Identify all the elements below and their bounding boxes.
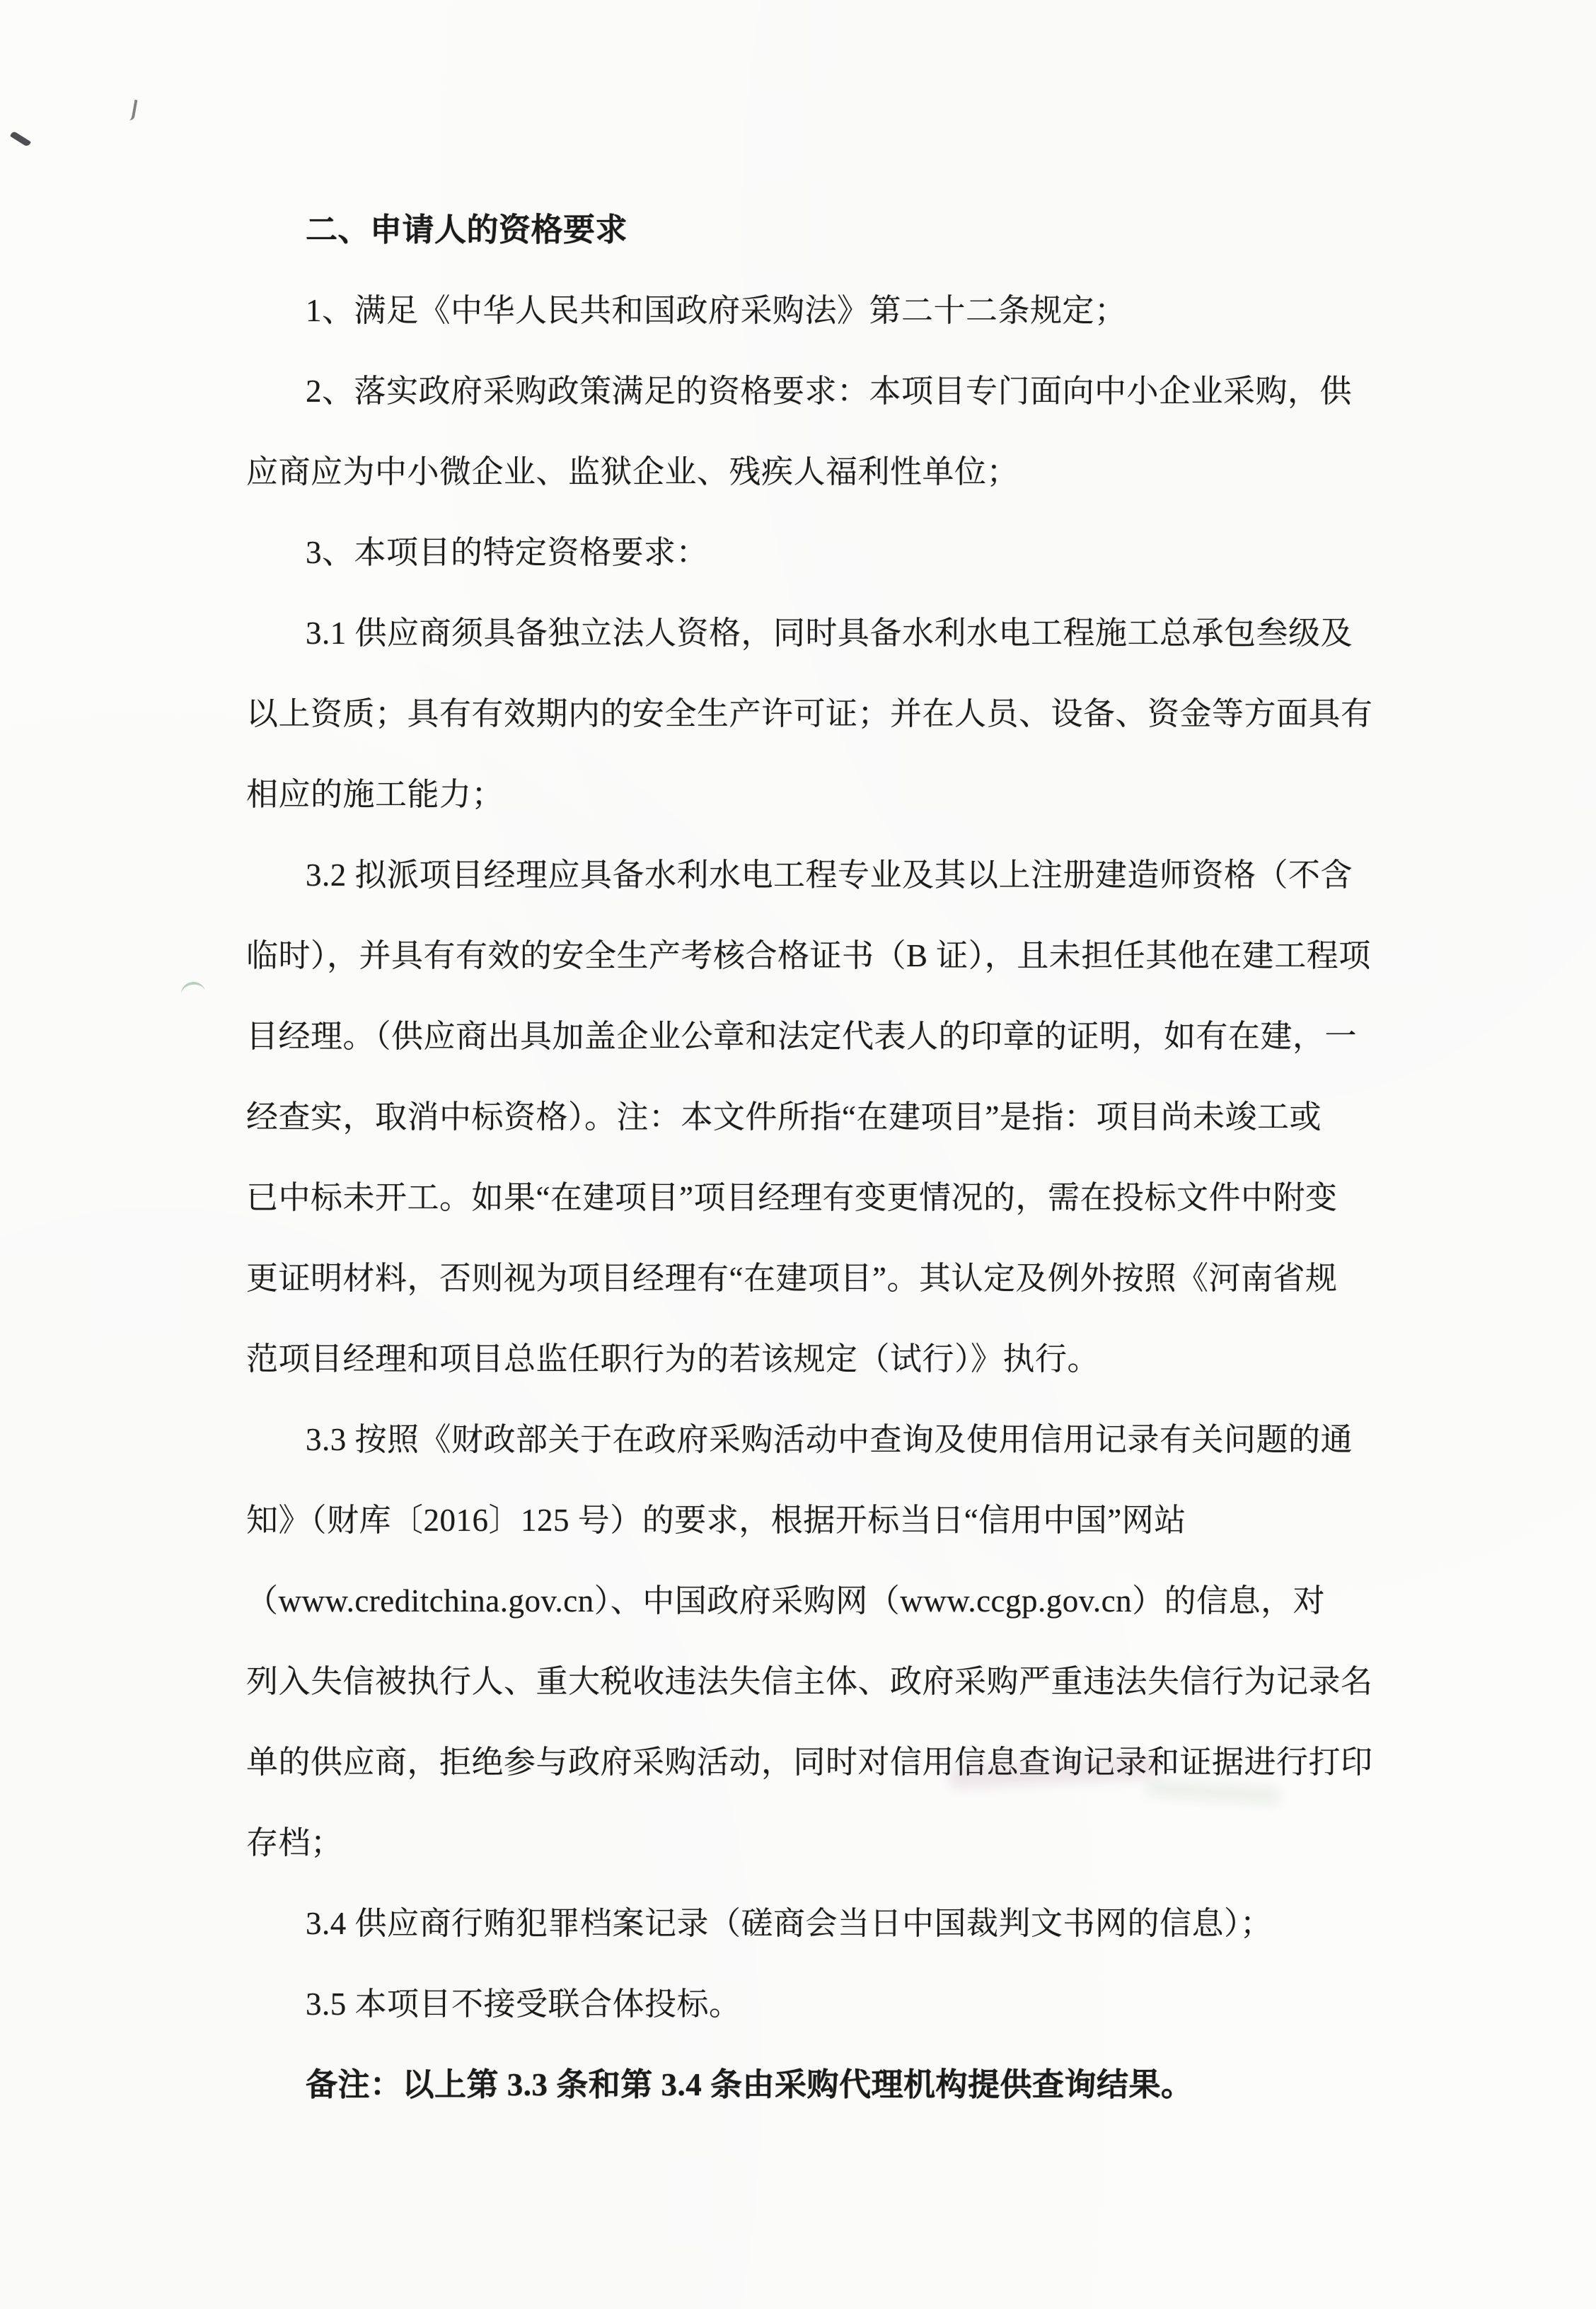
document-line: 应商应为中小微企业、监狱企业、残疾人福利性单位； [246, 428, 1371, 509]
document-line: 3.3 按照《财政部关于在政府采购活动中查询及使用信用记录有关问题的通 [246, 1396, 1371, 1476]
document-line: 3、本项目的特定资格要求： [246, 509, 1371, 589]
document-line: 目经理。（供应商出具加盖企业公章和法定代表人的印章的证明，如有在建，一 [246, 993, 1371, 1073]
document-line: 存档； [246, 1799, 1371, 1880]
document-line: 3.5 本项目不接受联合体投标。 [246, 1960, 1371, 2041]
document-text-block: 二、申请人的资格要求1、满足《中华人民共和国政府采购法》第二十二条规定；2、落实… [246, 186, 1371, 2122]
document-line: 经查实，取消中标资格）。注：本文件所指“在建项目”是指：项目尚未竣工或 [246, 1073, 1371, 1154]
document-page: 二、申请人的资格要求1、满足《中华人民共和国政府采购法》第二十二条规定；2、落实… [0, 0, 1596, 2309]
document-line: 1、满足《中华人民共和国政府采购法》第二十二条规定； [246, 267, 1371, 347]
ink-speck-mark [125, 98, 138, 121]
document-line: 范项目经理和项目总监任职行为的若该规定（试行）》执行。 [246, 1315, 1371, 1396]
document-line: 相应的施工能力； [246, 751, 1371, 831]
pencil-tilde-mark [180, 980, 205, 995]
document-line: 列入失信被执行人、重大税收违法失信主体、政府采购严重违法失信行为记录名 [246, 1638, 1371, 1718]
document-line: （www.creditchina.gov.cn）、中国政府采购网（www.ccg… [246, 1557, 1371, 1638]
document-line: 以上资质；具有有效期内的安全生产许可证；并在人员、设备、资金等方面具有 [246, 670, 1371, 751]
document-line-emphasis: 二、申请人的资格要求 [246, 186, 1371, 267]
ink-stroke-mark [10, 131, 31, 148]
document-line: 已中标未开工。如果“在建项目”项目经理有变更情况的，需在投标文件中附变 [246, 1154, 1371, 1234]
document-line: 更证明材料，否则视为项目经理有“在建项目”。其认定及例外按照《河南省规 [246, 1234, 1371, 1315]
document-line: 3.2 拟派项目经理应具备水利水电工程专业及其以上注册建造师资格（不含 [246, 831, 1371, 912]
document-line: 3.4 供应商行贿犯罪档案记录（磋商会当日中国裁判文书网的信息）； [246, 1880, 1371, 1960]
document-line: 单的供应商，拒绝参与政府采购活动，同时对信用信息查询记录和证据进行打印 [246, 1718, 1371, 1799]
document-line: 知》（财库〔2016〕125 号）的要求，根据开标当日“信用中国”网站 [246, 1476, 1371, 1557]
document-line: 3.1 供应商须具备独立法人资格，同时具备水利水电工程施工总承包叁级及 [246, 589, 1371, 670]
document-line: 2、落实政府采购政策满足的资格要求：本项目专门面向中小企业采购，供 [246, 347, 1371, 428]
document-line: 临时），并具有有效的安全生产考核合格证书（B 证），且未担任其他在建工程项 [246, 912, 1371, 993]
document-line-emphasis: 备注：以上第 3.3 条和第 3.4 条由采购代理机构提供查询结果。 [246, 2041, 1371, 2122]
